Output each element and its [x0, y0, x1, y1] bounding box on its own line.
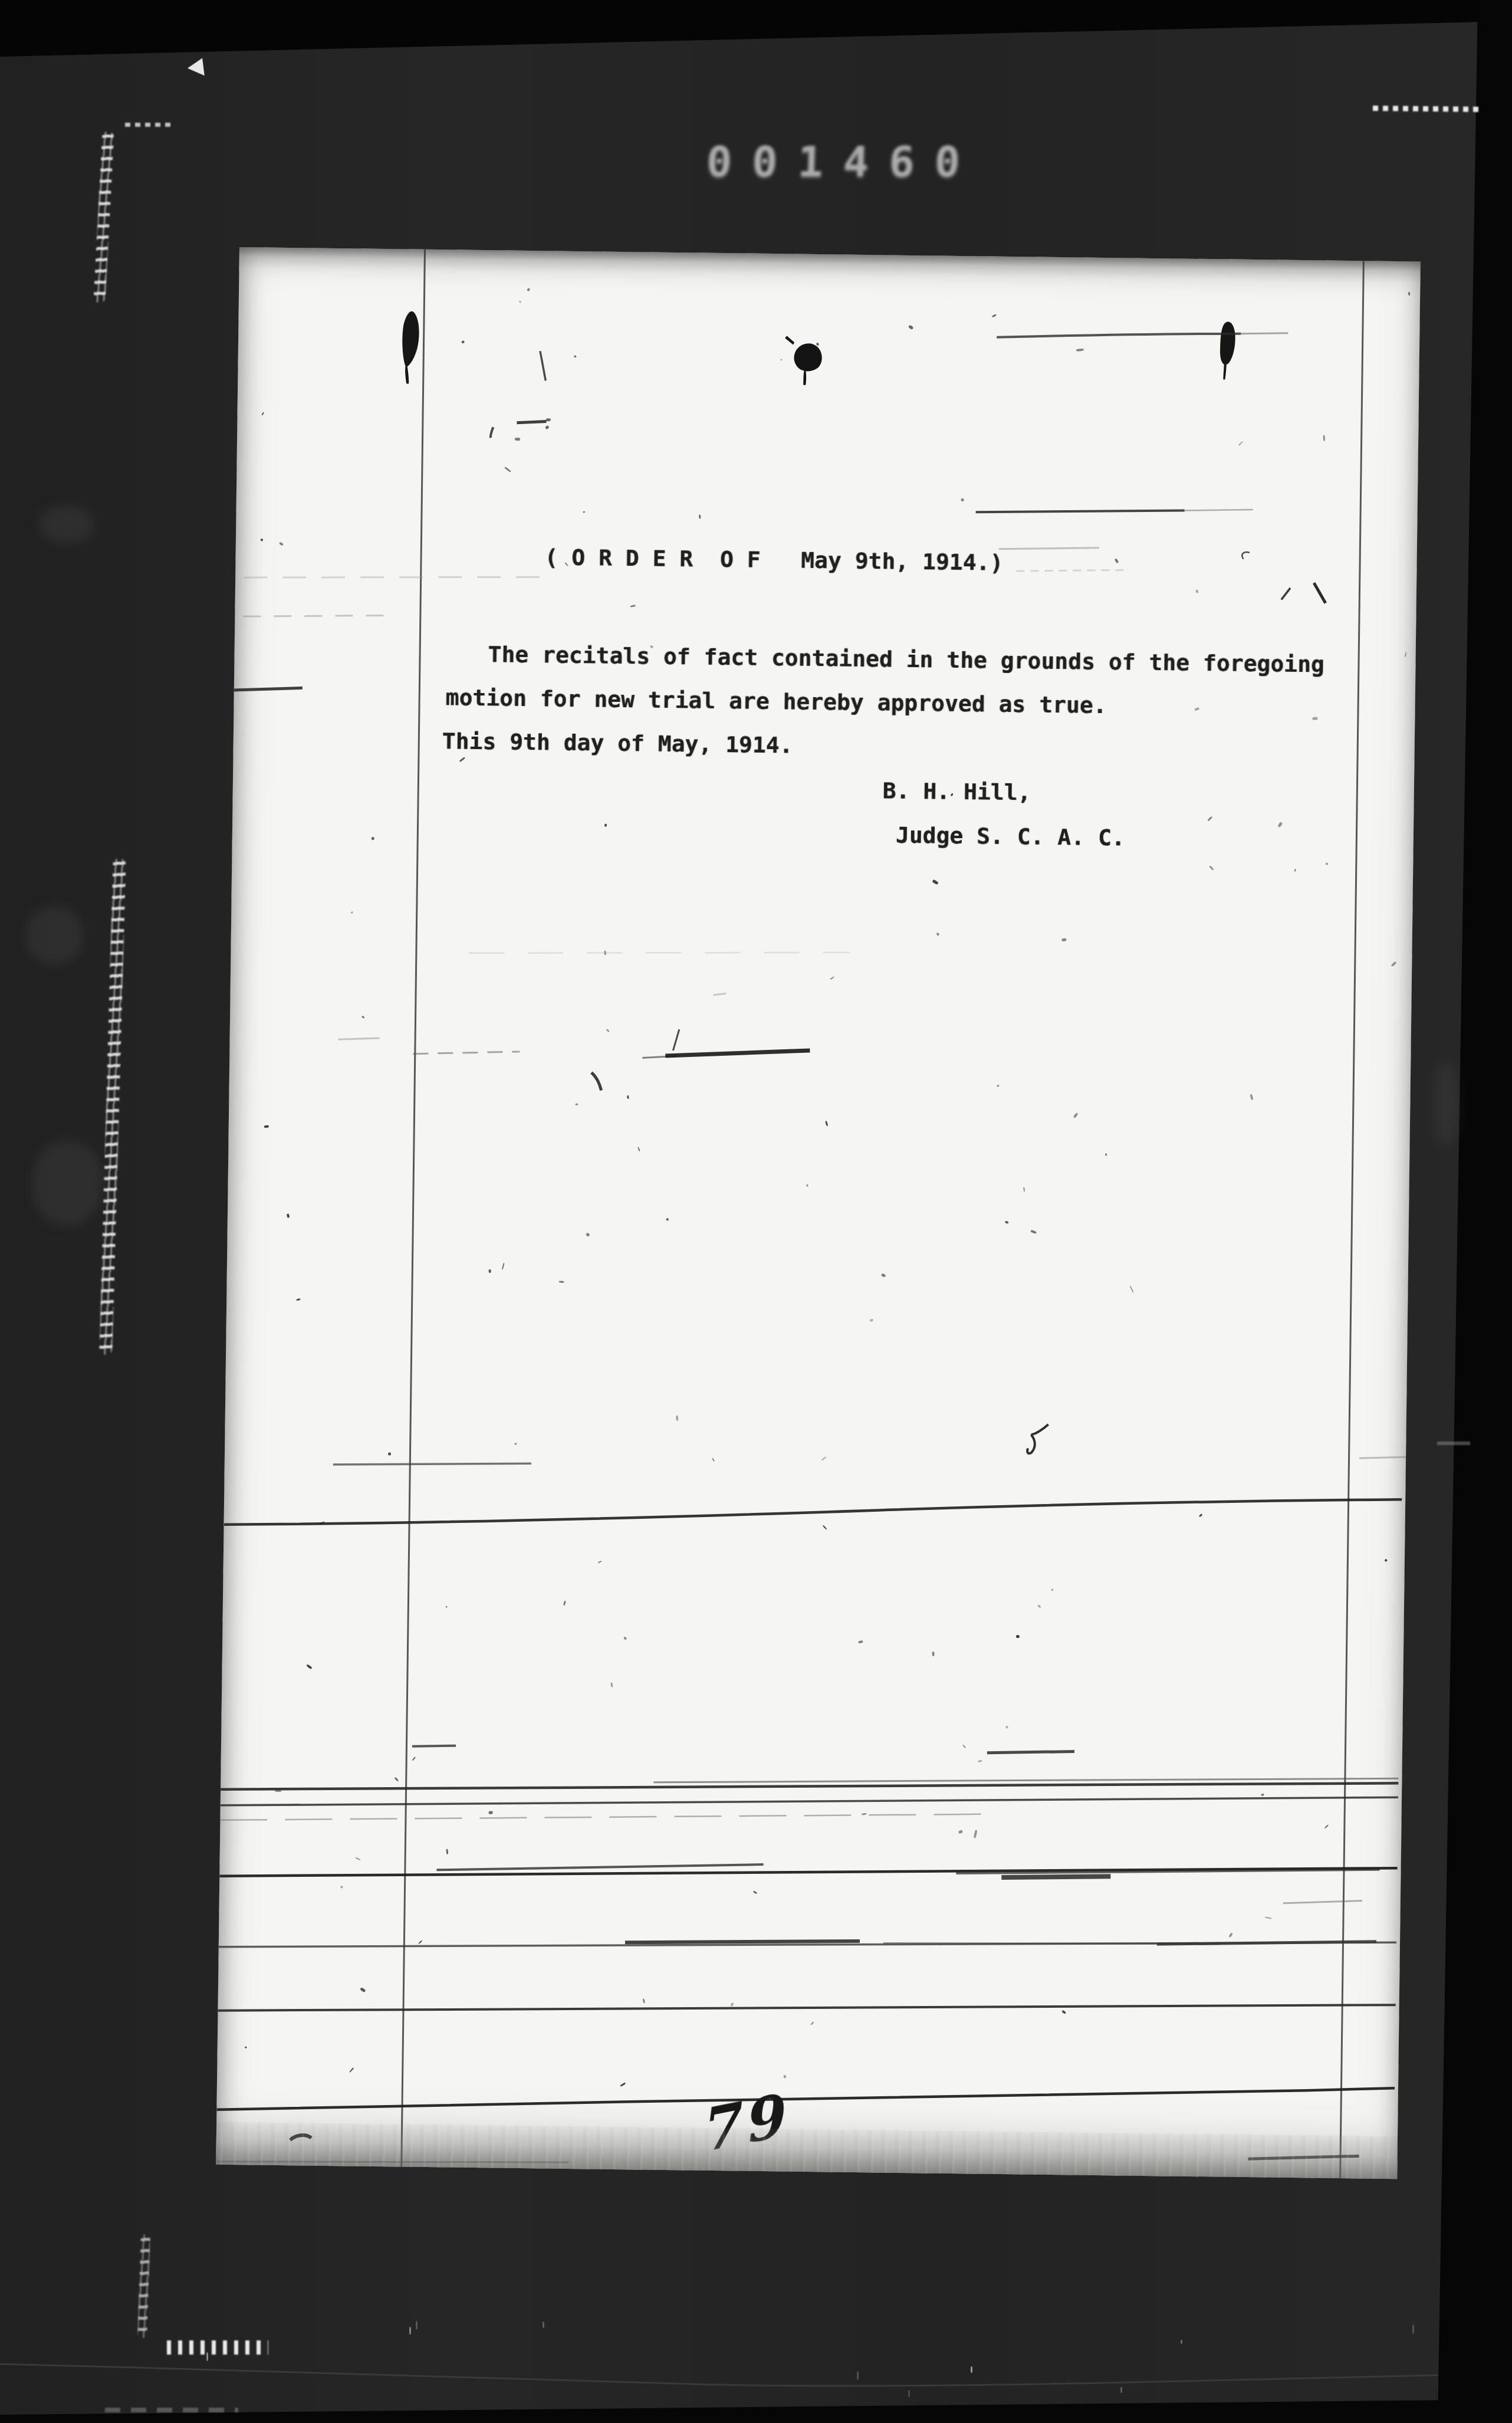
- film-grain-speck: [1181, 2340, 1182, 2343]
- film-scratch-dashes: [1373, 106, 1483, 112]
- dust-speck: [1408, 292, 1411, 296]
- dust-speck: [245, 2046, 247, 2048]
- dust-speck: [675, 1416, 678, 1421]
- dust-speck: [1015, 1635, 1020, 1638]
- dust-speck: [604, 951, 606, 956]
- frame-number-stamp: 001460: [706, 137, 981, 186]
- dust-speck: [489, 1269, 491, 1273]
- dust-speck: [514, 438, 520, 441]
- film-grain-speck: [857, 2371, 859, 2380]
- ink-blob-right: [1220, 321, 1235, 379]
- film-smudge: [39, 506, 93, 543]
- film-grain-speck: [409, 2327, 411, 2335]
- signature-name: B. H. Hill,: [883, 777, 1031, 805]
- body-line-3: This 9th day of May, 1914.: [442, 728, 793, 758]
- dust-speck: [1323, 435, 1326, 442]
- dust-speck: [699, 514, 701, 518]
- ink-blob-left: [402, 311, 419, 384]
- dust-speck: [545, 418, 550, 421]
- film-speck-row: [105, 2408, 238, 2412]
- film-grain-speck: [971, 2366, 972, 2373]
- document-page: ( O R D E R O F May 9th, 1914.) The reci…: [216, 247, 1421, 2179]
- film-grain-speck: [1120, 2387, 1122, 2393]
- film-speck-row: [167, 2340, 268, 2355]
- film-grain-speck: [543, 2322, 544, 2327]
- signature-title: Judge S. C. A. C.: [896, 822, 1125, 851]
- film-marker-arrow-icon: [186, 58, 204, 77]
- microfilm-frame: 001460: [0, 0, 1512, 2423]
- film-smudge: [32, 1141, 102, 1225]
- film-smudge: [26, 907, 83, 964]
- dust-speck: [1051, 1588, 1053, 1591]
- dust-speck: [1312, 717, 1318, 720]
- film-scratch-dash: [1437, 1442, 1470, 1445]
- film-smudge: [1433, 1062, 1460, 1147]
- scratch-overlay: [216, 247, 1421, 2179]
- dust-speck: [932, 1652, 934, 1657]
- scratch-lines-bottom: [216, 1741, 1399, 2176]
- pen-arrow-mark: [1027, 1424, 1048, 1453]
- scratch-lines-middle: [338, 946, 850, 1094]
- crease-line: [224, 1485, 1402, 1539]
- film-scratch-dashes: [125, 123, 175, 127]
- scratch-lines-lower: [224, 1443, 1406, 1539]
